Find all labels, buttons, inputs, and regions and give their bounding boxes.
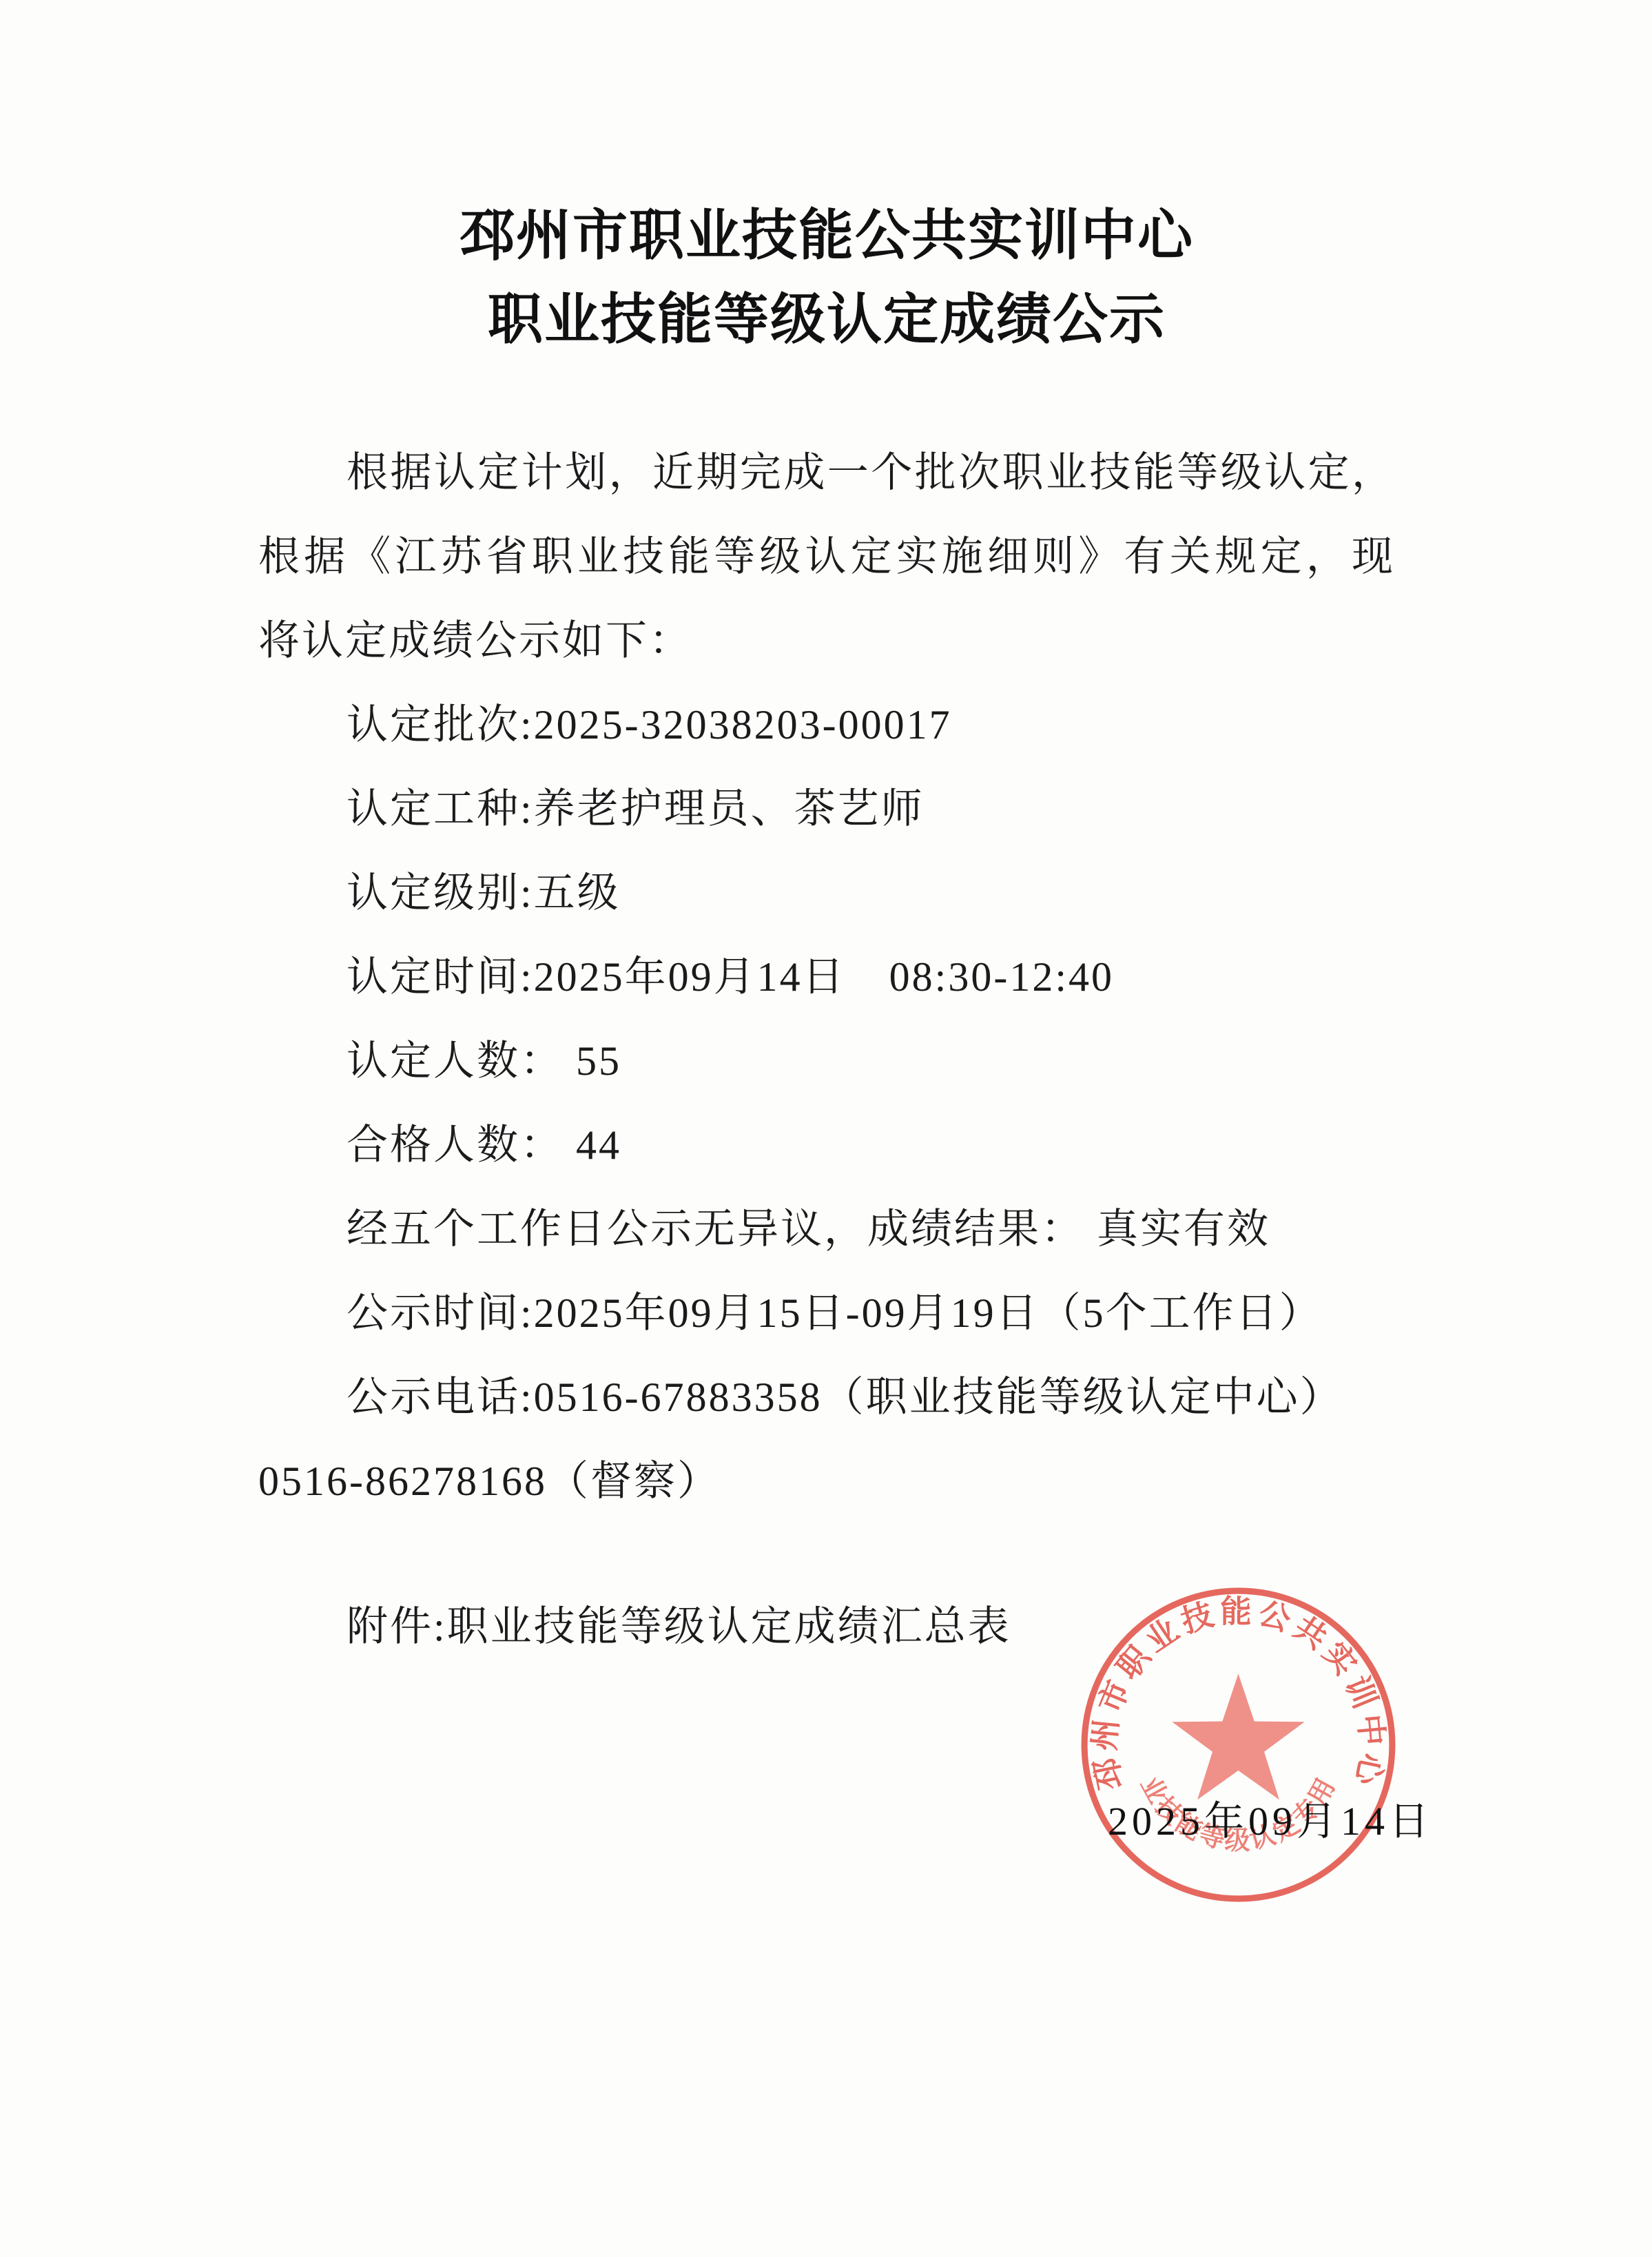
- line-batch-number: 认定批次:2025-32038203-00017: [258, 683, 1395, 767]
- line-supervision-phone: 0516-86278168（督察）: [258, 1439, 1395, 1523]
- document-body: 根据认定计划，近期完成一个批次职业技能等级认定， 根据《江苏省职业技能等级认定实…: [258, 431, 1395, 1523]
- document-page: 邳州市职业技能公共实训中心 职业技能等级认定成绩公示 根据认定计划，近期完成一个…: [0, 0, 1652, 2257]
- document-title: 邳州市职业技能公共实训中心 职业技能等级认定成绩公示: [258, 194, 1395, 362]
- line-assessment-time: 认定时间:2025年09月14日 08:30-12:40: [258, 935, 1395, 1019]
- line-passed-count: 合格人数： 44: [258, 1103, 1395, 1187]
- seal-graphic: 邳州市职业技能公共实训中心 职业技能等级认定专用章: [1078, 1585, 1398, 1905]
- paragraph-line-1: 根据认定计划，近期完成一个批次职业技能等级认定，: [258, 431, 1395, 515]
- line-publicity-period: 公示时间:2025年09月15日-09月19日（5个工作日）: [258, 1271, 1395, 1355]
- line-publicity-phone: 公示电话:0516-67883358（职业技能等级认定中心）: [258, 1355, 1395, 1439]
- title-line-2: 职业技能等级认定成绩公示: [258, 278, 1395, 362]
- official-seal-stamp: 邳州市职业技能公共实训中心 职业技能等级认定专用章: [1078, 1585, 1398, 1905]
- line-level: 认定级别:五级: [258, 851, 1395, 935]
- star-icon: [1172, 1673, 1304, 1800]
- line-result-statement: 经五个工作日公示无异议，成绩结果： 真实有效: [258, 1187, 1395, 1271]
- line-candidate-count: 认定人数： 55: [258, 1019, 1395, 1103]
- title-line-1: 邳州市职业技能公共实训中心: [258, 194, 1395, 278]
- issue-date: 2025年09月14日: [1108, 1789, 1433, 1846]
- paragraph-line-3: 将认定成绩公示如下：: [258, 599, 1395, 683]
- paragraph-line-2: 根据《江苏省职业技能等级认定实施细则》有关规定，现: [258, 515, 1395, 599]
- line-occupation: 认定工种:养老护理员、茶艺师: [258, 767, 1395, 851]
